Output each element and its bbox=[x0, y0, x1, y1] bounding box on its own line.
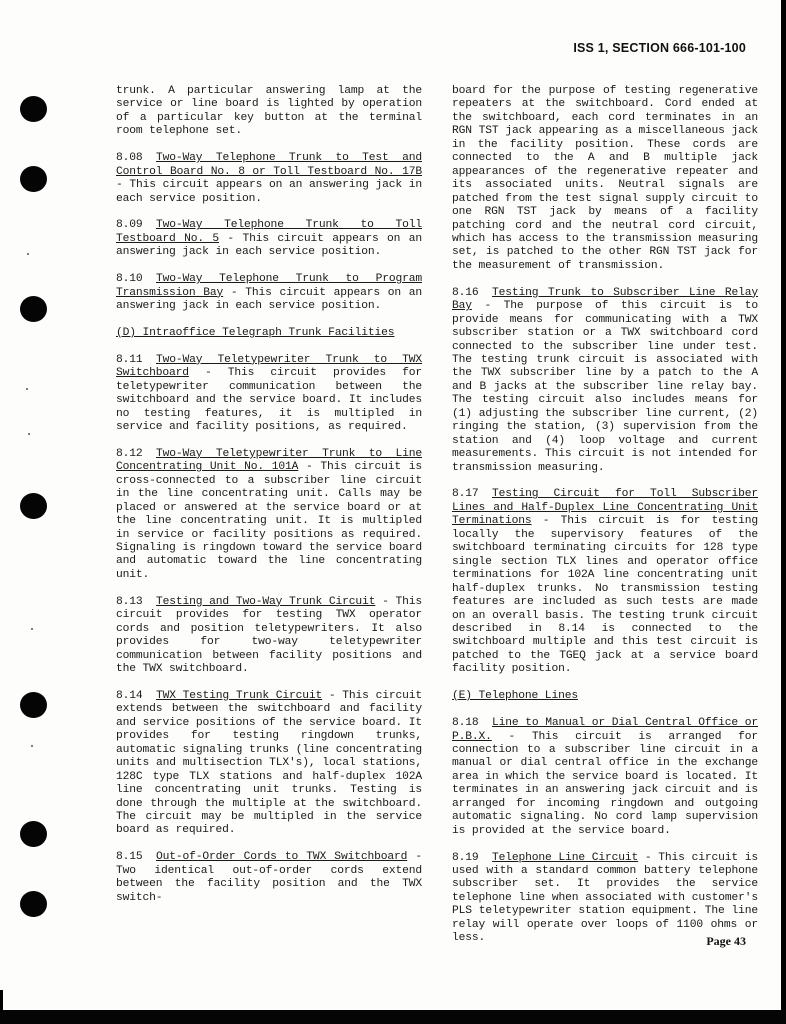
running-head: ISS 1, SECTION 666-101-100 bbox=[573, 41, 746, 55]
paragraph-8-16: 8.16Testing Trunk to Subscriber Line Rel… bbox=[452, 287, 758, 475]
punch-hole-icon bbox=[20, 166, 47, 192]
punch-hole-icon bbox=[20, 493, 47, 519]
paragraph-body: - This circuit is cross-connected to a s… bbox=[116, 461, 422, 581]
scan-speck bbox=[31, 628, 33, 630]
right-column: board for the purpose of testing regener… bbox=[452, 85, 758, 959]
scan-speck bbox=[27, 253, 29, 255]
continuation-text: board for the purpose of testing regener… bbox=[452, 85, 758, 273]
paragraph-8-13: 8.13Testing and Two-Way Trunk Circuit - … bbox=[116, 596, 422, 677]
scan-speck bbox=[26, 388, 28, 390]
punch-hole-icon bbox=[20, 692, 47, 718]
paragraph-title: Out-of-Order Cords to TWX Switchboard bbox=[156, 851, 407, 863]
paragraph-number: 8.14 bbox=[116, 690, 156, 703]
paragraph-title: Two-Way Telephone Trunk to Test and Cont… bbox=[116, 152, 422, 177]
paragraph-body: - This circuit extends between the switc… bbox=[116, 690, 422, 837]
paragraph-8-19: 8.19Telephone Line Circuit - This circui… bbox=[452, 852, 758, 946]
paragraph-8-11: 8.11Two-Way Teletypewriter Trunk to TWX … bbox=[116, 354, 422, 435]
paragraph-8-12: 8.12Two-Way Teletypewriter Trunk to Line… bbox=[116, 448, 422, 583]
paragraph-body: - The purpose of this circuit is to prov… bbox=[452, 300, 758, 473]
continuation-text: trunk. A particular answering lamp at th… bbox=[116, 85, 422, 139]
left-column: trunk. A particular answering lamp at th… bbox=[116, 85, 422, 918]
paragraph-8-10: 8.10Two-Way Telephone Trunk to Program T… bbox=[116, 273, 422, 313]
paragraph-body: - This circuit is for testing locally th… bbox=[452, 515, 758, 675]
paragraph-body: - This circuit is used with a standard c… bbox=[452, 852, 758, 945]
paragraph-title: Telephone Line Circuit bbox=[492, 852, 638, 864]
paragraph-8-14: 8.14TWX Testing Trunk Circuit - This cir… bbox=[116, 690, 422, 838]
paragraph-body: - This circuit is arranged for connectio… bbox=[452, 731, 758, 837]
punch-hole-icon bbox=[20, 891, 47, 917]
paragraph-8-09: 8.09Two-Way Telephone Trunk to Toll Test… bbox=[116, 219, 422, 259]
paragraph-number: 8.08 bbox=[116, 152, 156, 165]
punch-hole-icon bbox=[20, 821, 47, 847]
scan-edge-shadow bbox=[0, 990, 3, 1012]
paragraph-title: TWX Testing Trunk Circuit bbox=[156, 690, 322, 702]
paragraph-title: Testing and Two-Way Trunk Circuit bbox=[156, 596, 375, 608]
paragraph-body: - This circuit appears on an answering j… bbox=[116, 179, 422, 204]
punch-hole-icon bbox=[20, 96, 47, 122]
paragraph-number: 8.11 bbox=[116, 354, 156, 367]
paragraph-number: 8.16 bbox=[452, 287, 492, 300]
paragraph-number: 8.15 bbox=[116, 851, 156, 864]
document-page: ISS 1, SECTION 666-101-100 trunk. A part… bbox=[0, 0, 781, 1011]
paragraph-number: 8.17 bbox=[452, 488, 492, 501]
section-heading-e: (E) Telephone Lines bbox=[452, 690, 758, 703]
punch-hole-icon bbox=[20, 296, 47, 322]
scan-edge-shadow bbox=[0, 1010, 786, 1024]
scan-speck bbox=[31, 745, 33, 747]
paragraph-number: 8.13 bbox=[116, 596, 156, 609]
scan-speck bbox=[28, 433, 30, 435]
paragraph-8-18: 8.18Line to Manual or Dial Central Offic… bbox=[452, 717, 758, 838]
paragraph-8-17: 8.17Testing Circuit for Toll Subscriber … bbox=[452, 488, 758, 676]
paragraph-number: 8.09 bbox=[116, 219, 156, 232]
page-number: Page 43 bbox=[706, 934, 746, 949]
paragraph-8-08: 8.08Two-Way Telephone Trunk to Test and … bbox=[116, 152, 422, 206]
paragraph-8-15: 8.15Out-of-Order Cords to TWX Switchboar… bbox=[116, 851, 422, 905]
paragraph-number: 8.12 bbox=[116, 448, 156, 461]
paragraph-number: 8.10 bbox=[116, 273, 156, 286]
section-heading-d: (D) Intraoffice Telegraph Trunk Faciliti… bbox=[116, 327, 422, 340]
paragraph-number: 8.18 bbox=[452, 717, 492, 730]
paragraph-number: 8.19 bbox=[452, 852, 492, 865]
